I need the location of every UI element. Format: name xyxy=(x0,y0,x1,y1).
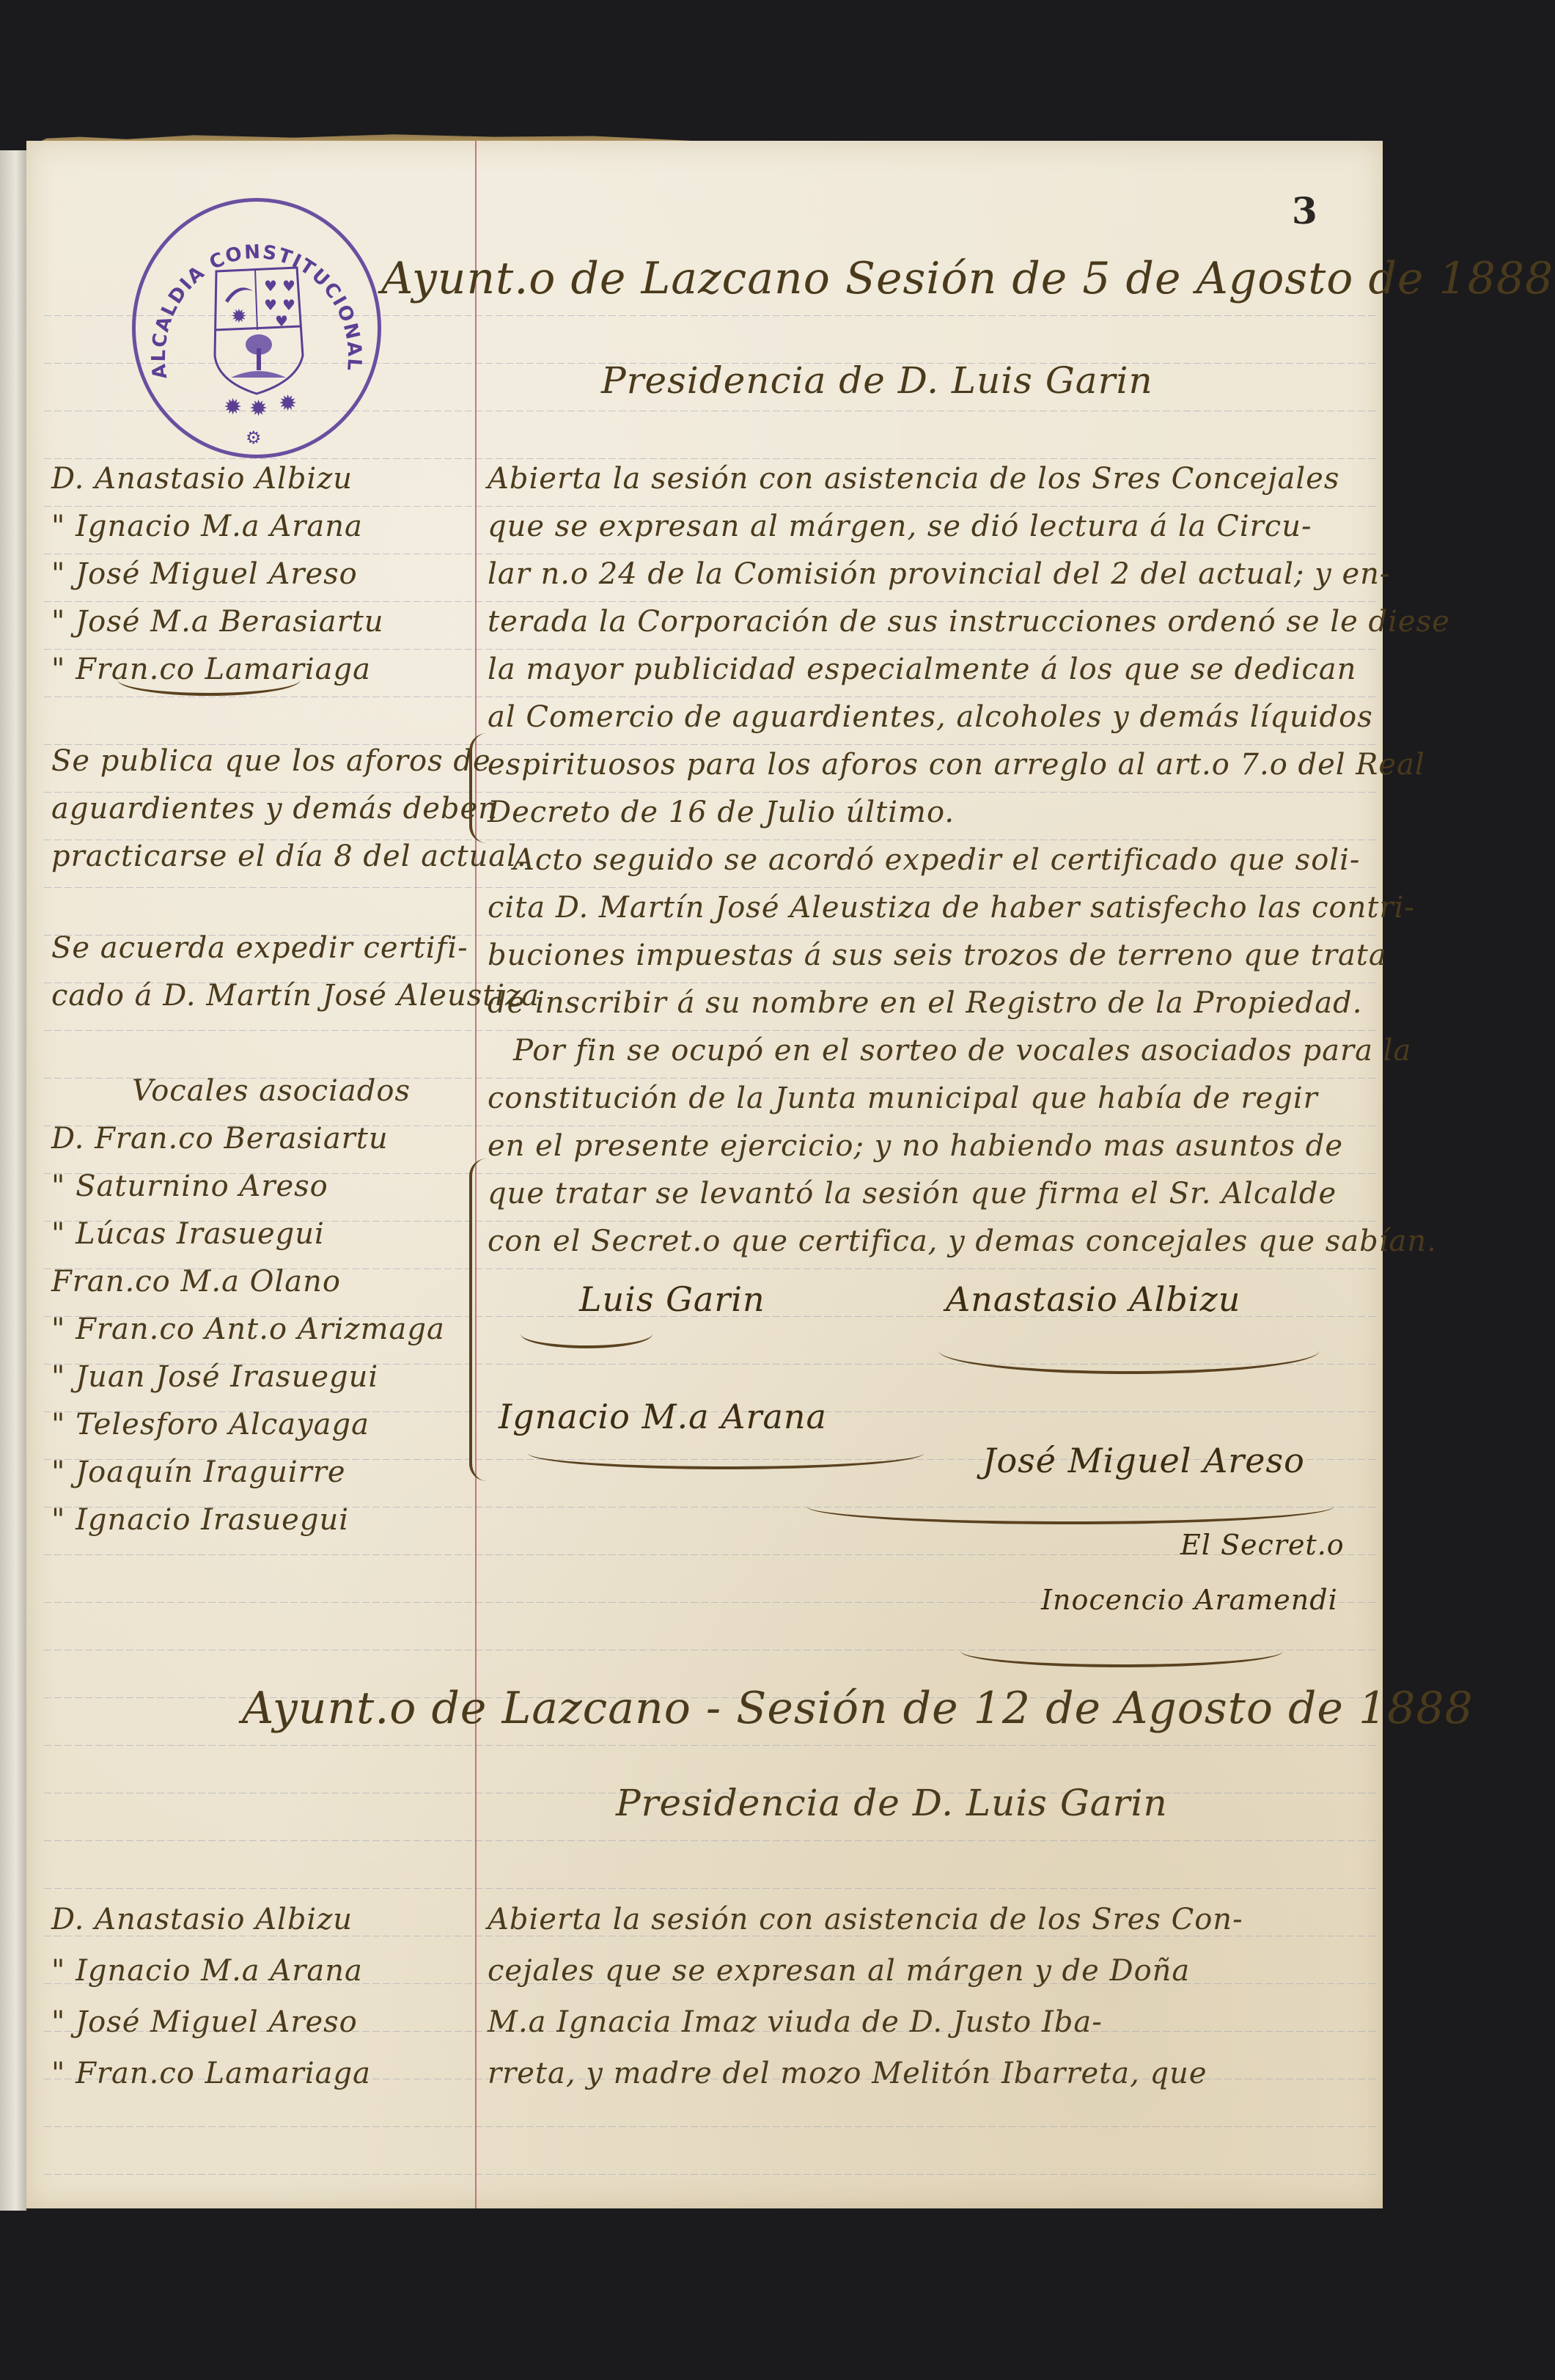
svg-text:ALCALDIA CONSTITUCIONAL DE LAZ: ALCALDIA CONSTITUCIONAL DE LAZCANO xyxy=(136,202,365,383)
body-line: Decreto de 16 de Julio último. xyxy=(488,796,955,829)
svg-text:♥: ♥ xyxy=(264,277,277,295)
secretary-label: El Secret.o xyxy=(1180,1529,1345,1561)
ruled-line xyxy=(44,506,1378,507)
presidency-line-2: Presidencia de D. Luis Garin xyxy=(616,1782,1168,1824)
signature-flourish xyxy=(960,1635,1283,1667)
svg-text:♥: ♥ xyxy=(264,296,277,314)
body-line: rreta, y madre del mozo Melitón Ibarreta… xyxy=(488,2057,1207,2090)
ruled-line xyxy=(44,2174,1378,2175)
signature-flourish xyxy=(938,1327,1320,1374)
vocal: " Fran.co Ant.o Arizmaga xyxy=(51,1312,445,1346)
signature-secretary: Inocencio Aramendi xyxy=(1041,1584,1338,1616)
attendee: " Ignacio M.a Arana xyxy=(51,510,363,543)
ruled-line xyxy=(44,649,1378,650)
brace xyxy=(469,733,487,843)
page-number: 3 xyxy=(1292,189,1317,232)
ruled-line xyxy=(44,458,1378,459)
ruled-line xyxy=(44,1554,1378,1555)
body-line: que tratar se levantó la sesión que firm… xyxy=(488,1177,1337,1211)
session-heading-2: Ayunt.o de Lazcano - Sesión de 12 de Ago… xyxy=(242,1683,1474,1734)
session-heading-1: Ayunt.o de Lazcano Sesión de 5 de Agosto… xyxy=(381,253,1555,304)
attendee: " José Miguel Areso xyxy=(51,2005,358,2039)
signature-concejal: Anastasio Albizu xyxy=(946,1279,1240,1319)
signature-concejal: José Miguel Areso xyxy=(982,1441,1305,1480)
body-line: con el Secret.o que certifica, y demas c… xyxy=(488,1224,1437,1258)
svg-text:♥: ♥ xyxy=(282,277,295,295)
body-line: Abierta la sesión con asistencia de los … xyxy=(488,1903,1243,1936)
attendee: " Fran.co Lamariaga xyxy=(51,2057,371,2090)
margin-note-line: practicarse el día 8 del actual. xyxy=(51,840,527,873)
body-line: la mayor publicidad especialmente á los … xyxy=(488,653,1356,686)
margin-note-line: aguardientes y demás deben xyxy=(51,792,498,826)
signature-flourish xyxy=(528,1437,924,1469)
svg-text:✹: ✹ xyxy=(249,396,268,422)
vocal: Fran.co M.a Olano xyxy=(51,1265,341,1299)
vocales-title: Vocales asociados xyxy=(132,1074,411,1108)
svg-text:✹: ✹ xyxy=(279,391,297,416)
attendee: " Ignacio M.a Arana xyxy=(51,1954,363,1988)
ruled-line xyxy=(44,554,1378,554)
attendee: D. Anastasio Albizu xyxy=(51,1903,353,1936)
body-line: de inscribir á su nombre en el Registro … xyxy=(488,986,1362,1020)
body-line: al Comercio de aguardientes, alcoholes y… xyxy=(488,700,1373,734)
vocal: " Juan José Irasuegui xyxy=(51,1360,378,1394)
flourish xyxy=(117,664,301,696)
ruled-line xyxy=(44,697,1378,697)
svg-text:✹: ✹ xyxy=(231,306,247,328)
ruled-line xyxy=(44,887,1378,888)
body-line: Abierta la sesión con asistencia de los … xyxy=(488,462,1339,496)
body-line: M.a Ignacia Imaz viuda de D. Justo Iba- xyxy=(488,2005,1103,2039)
vocal: D. Fran.co Berasiartu xyxy=(51,1122,389,1156)
vocal: " Lúcas Irasuegui xyxy=(51,1217,325,1251)
ruled-line xyxy=(44,601,1378,602)
ruled-line xyxy=(44,2126,1378,2127)
body-line: Por fin se ocupó en el sorteo de vocales… xyxy=(513,1034,1411,1068)
body-line: cejales que se expresan al márgen y de D… xyxy=(488,1954,1190,1988)
body-line: que se expresan al márgen, se dió lectur… xyxy=(488,510,1312,543)
svg-text:♥: ♥ xyxy=(282,296,295,314)
ruled-line xyxy=(44,1030,1378,1031)
attendee: D. Anastasio Albizu xyxy=(51,462,353,496)
vocal: " Saturnino Areso xyxy=(51,1169,328,1203)
svg-text:♥: ♥ xyxy=(275,312,288,330)
body-line: cita D. Martín José Aleustiza de haber s… xyxy=(488,891,1415,925)
signature-alcalde: Luis Garin xyxy=(579,1279,765,1319)
body-line: Acto seguido se acordó expedir el certif… xyxy=(513,843,1360,877)
body-line: lar n.o 24 de la Comisión provincial del… xyxy=(488,557,1390,591)
body-line: en el presente ejercicio; y no habiendo … xyxy=(488,1129,1343,1163)
svg-text:✹: ✹ xyxy=(224,394,242,420)
ruled-line xyxy=(44,1888,1378,1889)
coat-of-arms-icon: ALCALDIA CONSTITUCIONAL DE LAZCANO ✹ ♥ ♥… xyxy=(136,202,378,455)
municipal-seal-stamp: ALCALDIA CONSTITUCIONAL DE LAZCANO ✹ ♥ ♥… xyxy=(132,198,381,458)
vocal: " Telesforo Alcayaga xyxy=(51,1408,370,1441)
vocal: " Joaquín Iraguirre xyxy=(51,1455,346,1489)
vocal: " Ignacio Irasuegui xyxy=(51,1503,349,1537)
presidency-line-1: Presidencia de D. Luis Garin xyxy=(601,359,1153,402)
ruled-line xyxy=(44,1840,1378,1841)
adjacent-page-edge xyxy=(0,150,26,2211)
brace xyxy=(469,1158,487,1481)
ruled-line xyxy=(44,1745,1378,1746)
body-line: terada la Corporación de sus instruccion… xyxy=(488,605,1450,639)
margin-note-line: Se publica que los aforos de xyxy=(51,744,491,778)
signature-flourish xyxy=(521,1320,652,1348)
body-line: espirituosos para los aforos con arreglo… xyxy=(488,748,1425,782)
signature-concejal: Ignacio M.a Arana xyxy=(499,1397,827,1436)
body-line: constitución de la Junta municipal que h… xyxy=(488,1081,1318,1115)
attendee: " José Miguel Areso xyxy=(51,557,358,591)
attendee: " José M.a Berasiartu xyxy=(51,605,384,639)
margin-note-line: cado á D. Martín José Aleustiza xyxy=(51,979,540,1013)
body-line: buciones impuestas á sus seis trozos de … xyxy=(488,939,1387,972)
svg-text:⚙: ⚙ xyxy=(246,427,262,448)
margin-note-line: Se acuerda expedir certifi- xyxy=(51,931,468,965)
signature-flourish xyxy=(806,1488,1334,1524)
